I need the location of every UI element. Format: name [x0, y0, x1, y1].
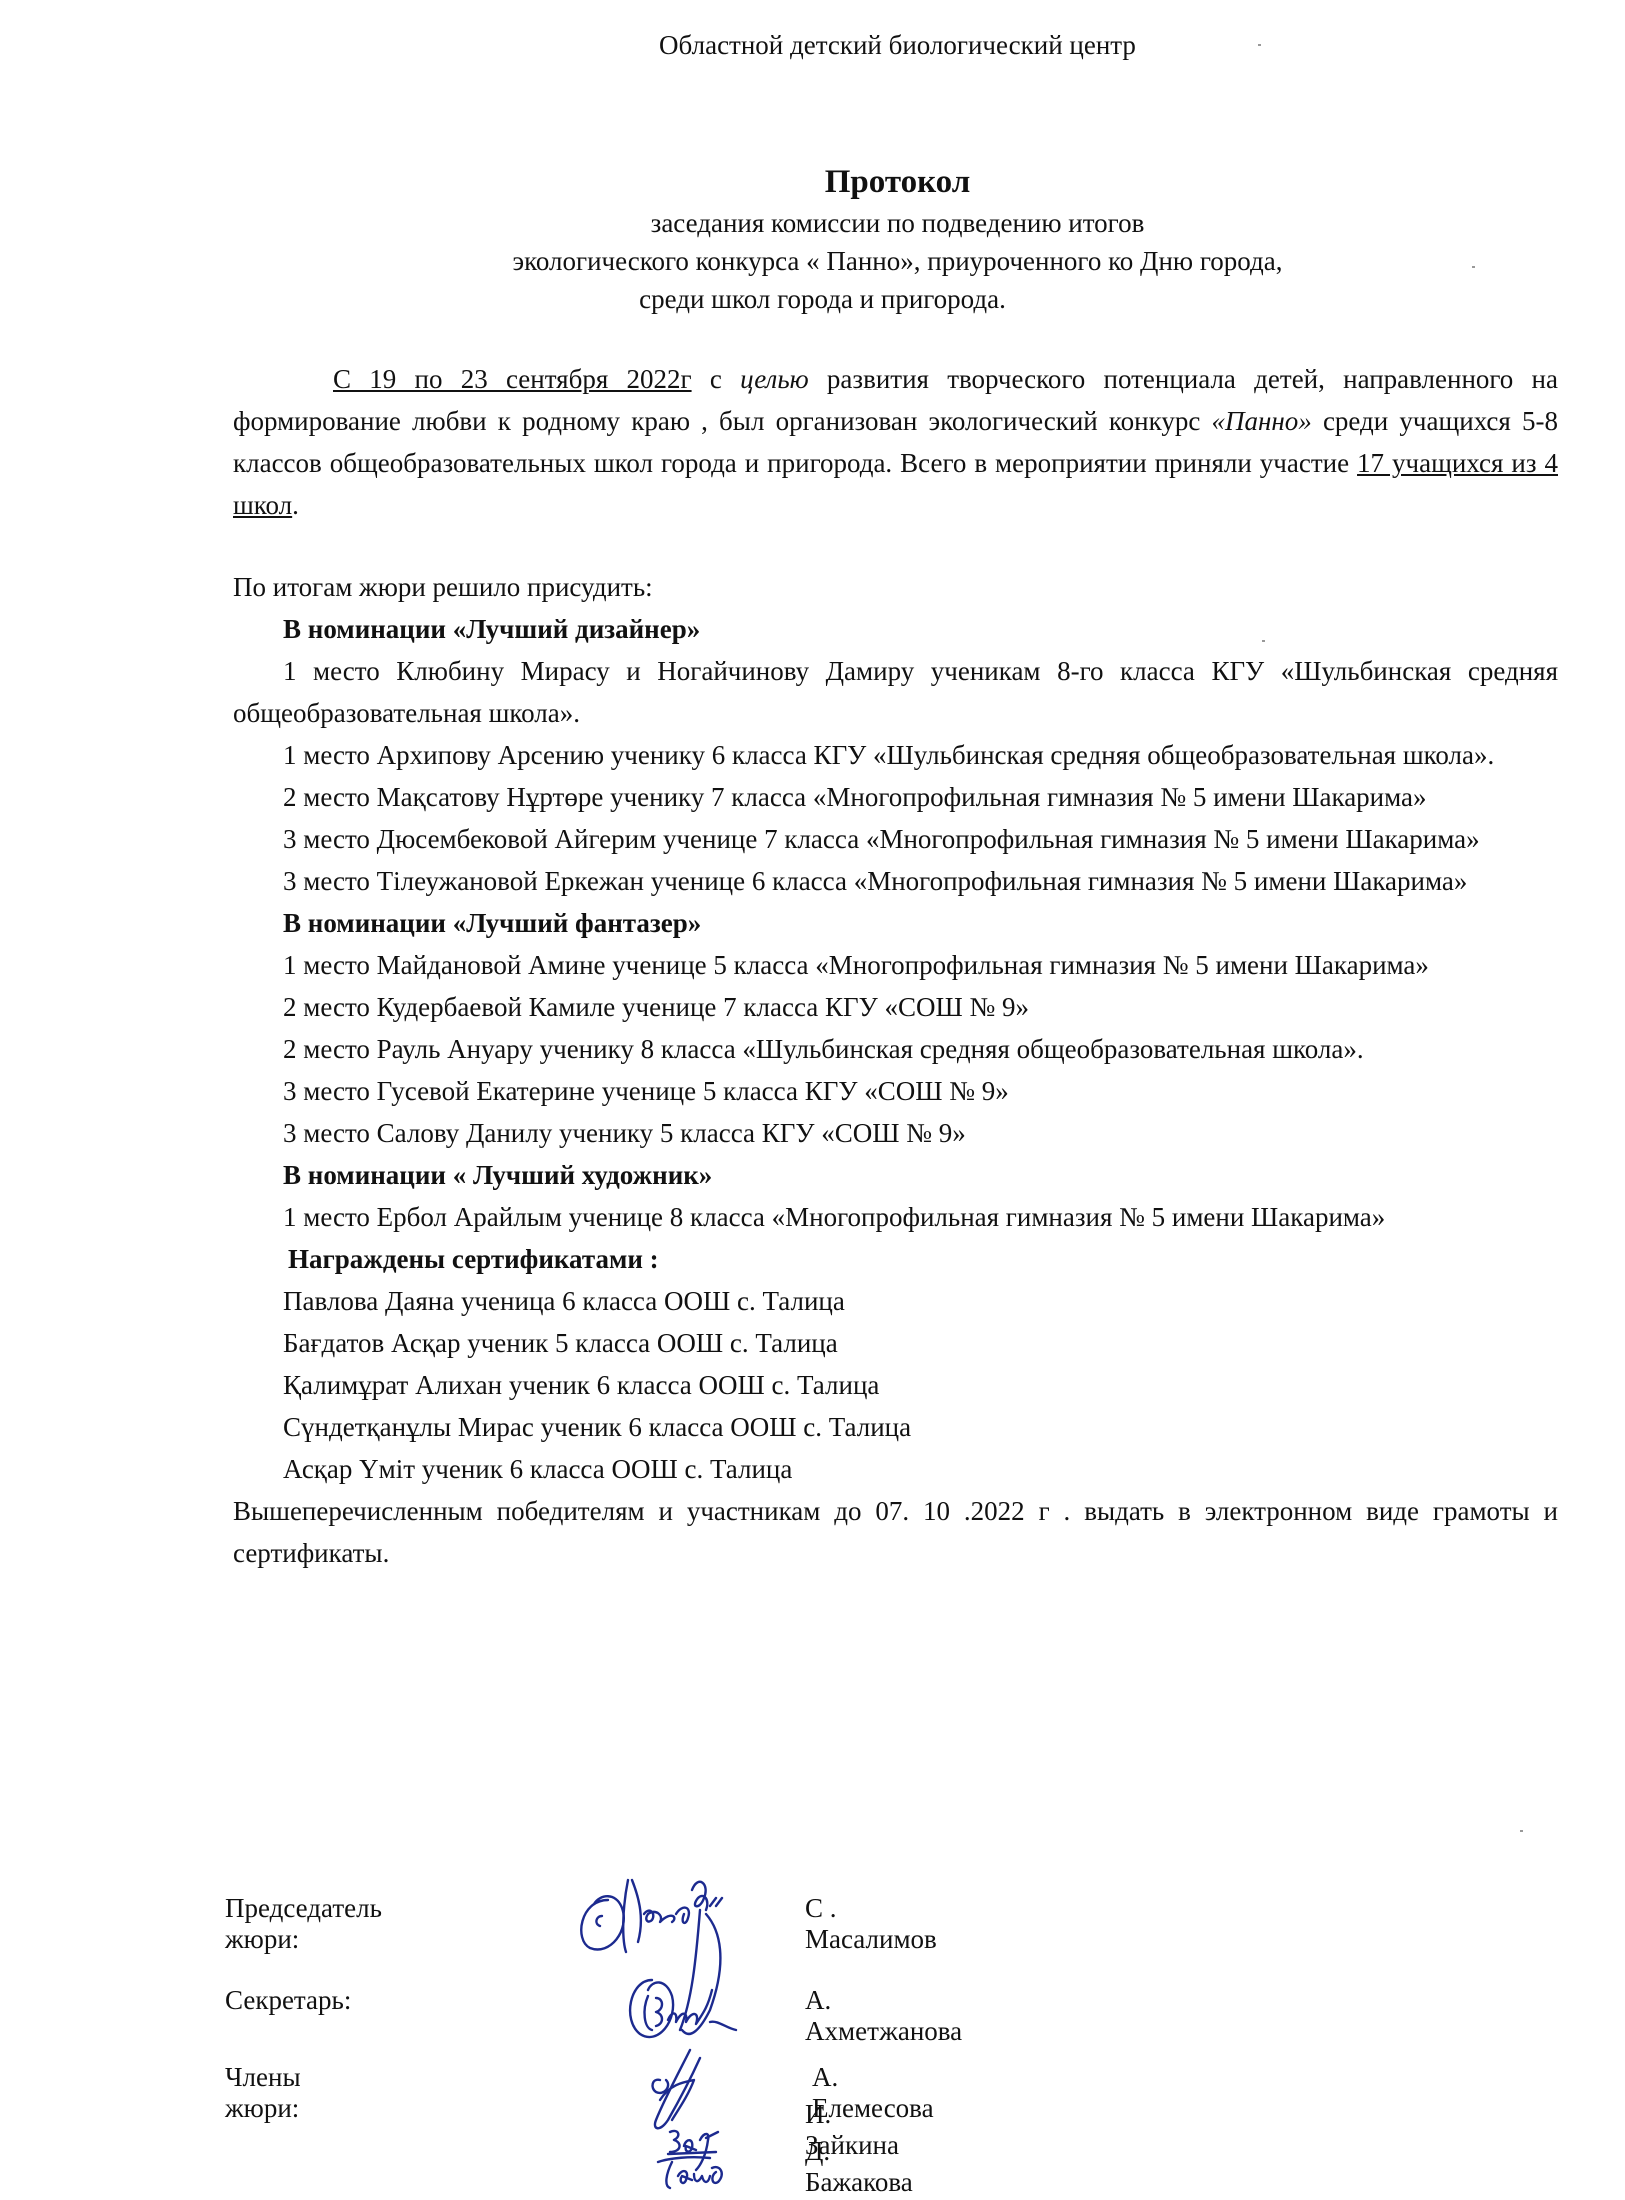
award-item: 3 место Тілеужановой Еркежан ученице 6 к…	[233, 860, 1558, 902]
closing-paragraph: Вышеперечисленным победителям и участник…	[233, 1490, 1558, 1574]
secretary-label: Секретарь:	[225, 1985, 351, 2016]
results-section: По итогам жюри решило присудить: В номин…	[233, 566, 1558, 1574]
award-item: 1 место Архипову Арсению ученику 6 класс…	[233, 734, 1558, 776]
organization-header: Областной детский биологический центр	[0, 30, 1625, 61]
certificate-item: Қалимұрат Алихан ученик 6 класса ООШ с. …	[233, 1364, 1558, 1406]
nomination-title: В номинации « Лучший художник»	[233, 1154, 1558, 1196]
award-item: 1 место Майдановой Амине ученице 5 класс…	[233, 944, 1558, 986]
award-item: 3 место Дюсембековой Айгерим ученице 7 к…	[233, 818, 1558, 860]
award-item: 3 место Салову Данилу ученику 5 класса К…	[233, 1112, 1558, 1154]
intro-text: с	[692, 364, 741, 394]
award-item: 3 место Гусевой Екатерине ученице 5 клас…	[233, 1070, 1558, 1112]
award-item: 1 место Клюбину Мирасу и Ногайчинову Дам…	[233, 650, 1558, 734]
title-subline-1: заседания комиссии по подведению итогов	[0, 204, 1625, 242]
member-name: Д. Бажакова	[805, 2136, 913, 2198]
document-title: Протокол	[0, 160, 1625, 204]
date-range: С 19 по 23 сентября 2022г	[333, 364, 692, 394]
award-item: 2 место Кудербаевой Камиле ученице 7 кла…	[233, 986, 1558, 1028]
award-item: 2 место Мақсатову Нұртөре ученику 7 клас…	[233, 776, 1558, 818]
contest-name: «Панно»	[1211, 406, 1311, 436]
chair-label: Председатель жюри:	[225, 1893, 382, 1955]
goal-word: целью	[740, 364, 809, 394]
title-subline-3: среди школ города и пригорода.	[0, 280, 1625, 318]
nomination-title: В номинации «Лучший дизайнер»	[233, 608, 1558, 650]
intro-paragraph: С 19 по 23 сентября 2022г с целью развит…	[233, 358, 1558, 526]
nomination-title: В номинации «Лучший фантазер»	[233, 902, 1558, 944]
award-item: 2 место Рауль Ануару ученику 8 класса «Ш…	[233, 1028, 1558, 1070]
chair-name: С . Масалимов	[805, 1893, 937, 1955]
secretary-name: А. Ахметжанова	[805, 1985, 962, 2047]
intro-text: .	[292, 490, 299, 520]
title-subline-2: экологического конкурса « Панно», приуро…	[0, 242, 1625, 280]
scan-speck	[1258, 44, 1261, 46]
certificate-item: Павлова Даяна ученица 6 класса ООШ с. Та…	[233, 1280, 1558, 1322]
results-lead: По итогам жюри решило присудить:	[233, 566, 1558, 608]
scan-speck	[1472, 266, 1475, 268]
members-label: Члены жюри:	[225, 2062, 301, 2124]
scan-speck	[1520, 1830, 1523, 1832]
scan-speck	[1262, 640, 1265, 642]
title-block: Протокол заседания комиссии по подведени…	[0, 160, 1625, 318]
handwritten-signatures-icon	[560, 1870, 820, 2200]
certificates-title: Награждены сертификатами :	[233, 1238, 1558, 1280]
certificate-item: Бағдатов Асқар ученик 5 класса ООШ с. Та…	[233, 1322, 1558, 1364]
award-item: 1 место Ербол Арайлым ученице 8 класса «…	[233, 1196, 1558, 1238]
protocol-document: Областной детский биологический центр Пр…	[0, 0, 1625, 2200]
certificate-item: Асқар Үміт ученик 6 класса ООШ с. Талица	[233, 1448, 1558, 1490]
certificate-item: Сүндетқанұлы Мирас ученик 6 класса ООШ с…	[233, 1406, 1558, 1448]
